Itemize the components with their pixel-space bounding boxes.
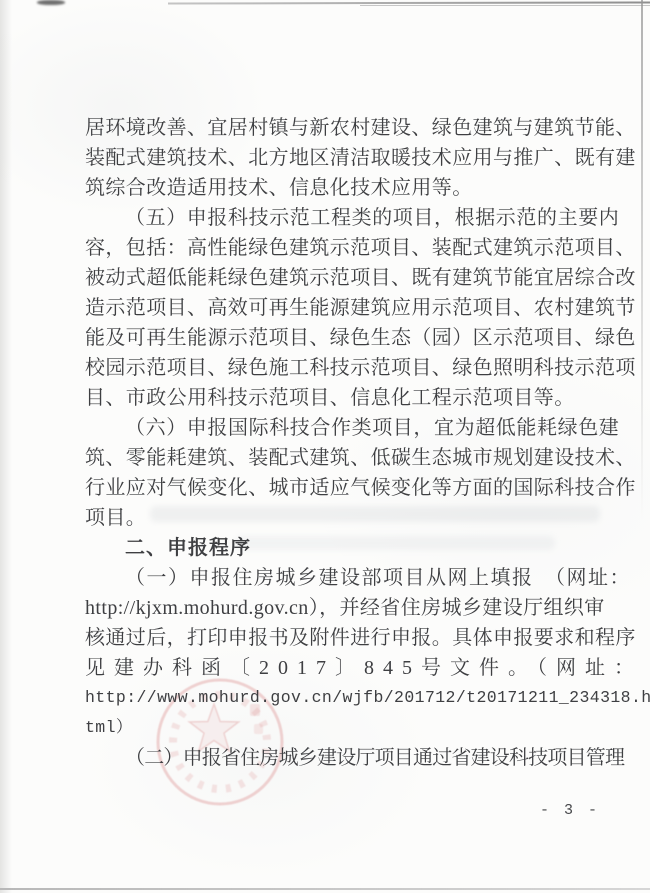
scan-artifact-top-line-2 — [360, 5, 650, 6]
scan-artifact-bottom-edge — [0, 888, 650, 890]
text-line: （二）申报省住房城乡建设厅项目通过省建设科技项目管理 — [85, 743, 617, 773]
text-line: tml） — [85, 713, 617, 743]
text-line: 筑综合改造适用技术、信息化技术应用等。 — [85, 173, 617, 203]
text-line: （五）申报科技示范工程类的项目，根据示范的主要内 — [85, 203, 617, 233]
page-number: - 3 - — [540, 802, 600, 819]
text-line: 容，包括：高性能绿色建筑示范项目、装配式建筑示范项目、 — [85, 233, 617, 263]
text-block: 居环境改善、宜居村镇与新农村建设、绿色建筑与建筑节能、装配式建筑技术、北方地区清… — [85, 113, 617, 773]
text-line: 装配式建筑技术、北方地区清洁取暖技术应用与推广、既有建 — [85, 143, 617, 173]
scanned-document-page: 居环境改善、宜居村镇与新农村建设、绿色建筑与建筑节能、装配式建筑技术、北方地区清… — [0, 0, 650, 893]
scan-artifact-smudge — [37, 0, 65, 5]
text-line: 见建办科函〔2017〕845号文件。（网址： — [85, 653, 617, 683]
text-line: http://kjxm.mohurd.gov.cn），并经省住房城乡建设厅组织审 — [85, 593, 617, 623]
text-line: 造示范项目、高效可再生能源建筑应用示范项目、农村建筑节 — [85, 293, 617, 323]
text-line: 目、市政公用科技示范项目、信息化工程示范项目等。 — [85, 383, 617, 413]
text-line: 核通过后，打印申报书及附件进行申报。具体申报要求和程序 — [85, 623, 617, 653]
text-line: 筑、零能耗建筑、装配式建筑、低碳生态城市规划建设技术、 — [85, 443, 617, 473]
text-line: 项目。 — [85, 503, 617, 533]
text-line: （一）申报住房城乡建设部项目从网上填报 （网址： — [85, 563, 617, 593]
text-line: 能及可再生能源示范项目、绿色生态（园）区示范项目、绿色 — [85, 323, 617, 353]
section-heading: 二、申报程序 — [85, 533, 617, 563]
text-line: 行业应对气候变化、城市适应气候变化等方面的国际科技合作 — [85, 473, 617, 503]
text-line: http://www.mohurd.gov.cn/wjfb/201712/t20… — [85, 683, 617, 713]
text-line: 居环境改善、宜居村镇与新农村建设、绿色建筑与建筑节能、 — [85, 113, 617, 143]
scan-artifact-right-edge — [641, 0, 643, 520]
text-line: 被动式超低能耗绿色建筑示范项目、既有建筑节能宜居综合改 — [85, 263, 617, 293]
text-line: （六）申报国际科技合作类项目，宜为超低能耗绿色建 — [85, 413, 617, 443]
scan-artifact-left-edge — [0, 0, 12, 893]
text-line: 校园示范项目、绿色施工科技示范项目、绿色照明科技示范项 — [85, 353, 617, 383]
